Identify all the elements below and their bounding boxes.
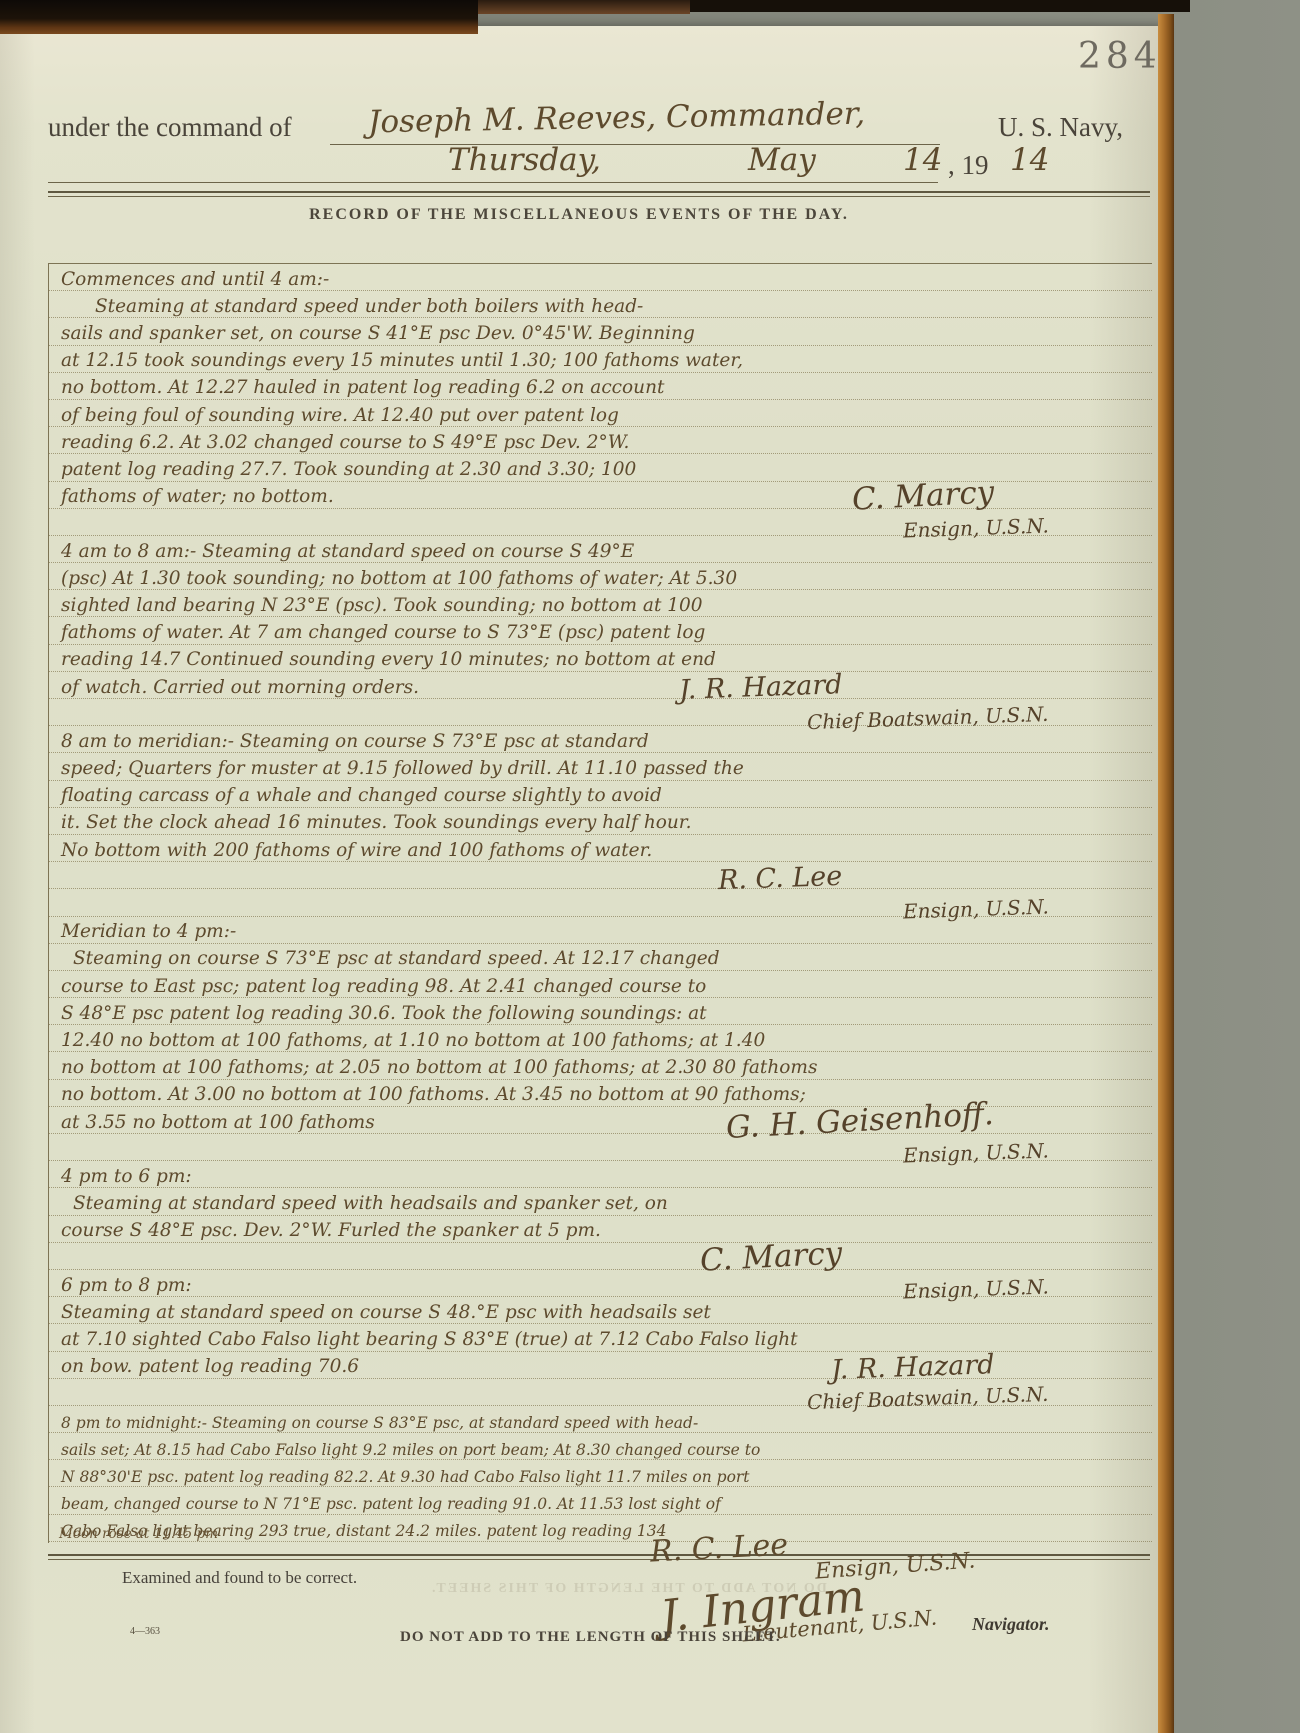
log-line-text: Commences and until 4 am:- [61, 271, 329, 290]
log-line-text: Moon rose at 11.45 pm [59, 1528, 218, 1542]
log-line-text: 12.40 no bottom at 100 fathoms, at 1.10 … [61, 1032, 765, 1051]
command-line: under the command of Joseph M. Reeves, C… [48, 106, 1148, 146]
signature: J. R. Hazard [678, 675, 842, 702]
log-line: 4 pm to 6 pm: [49, 1161, 1152, 1188]
log-line: reading 6.2. At 3.02 changed course to S… [49, 427, 1152, 454]
log-line: 12.40 no bottom at 100 fathoms, at 1.10 … [49, 1025, 1152, 1052]
log-line: 8 am to meridian:- Steaming on course S … [49, 726, 1152, 753]
log-line-text: 4 am to 8 am:- Steaming at standard spee… [61, 543, 634, 562]
log-line: no bottom. At 12.27 hauled in patent log… [49, 373, 1152, 400]
signature: J. R. Hazard [830, 1354, 994, 1381]
log-line: speed; Quarters for muster at 9.15 follo… [49, 753, 1152, 780]
date-line-rule [48, 182, 938, 183]
signature: Ensign, U.S.N. [902, 517, 1048, 538]
log-line-text: no bottom. At 12.27 hauled in patent log… [61, 379, 664, 398]
log-line-text: 8 pm to midnight:- Steaming on course S … [61, 1416, 698, 1432]
commander-name-handwritten: Joseph M. Reeves, Commander, [368, 96, 866, 141]
footer-divider-light [48, 1559, 1150, 1560]
log-line-text: No bottom with 200 fathoms of wire and 1… [61, 842, 652, 861]
signature: Ensign, U.S.N. [902, 898, 1048, 919]
log-line: 4 am to 8 am:- Steaming at standard spee… [49, 536, 1152, 563]
log-line-text: Steaming on course S 73°E psc at standar… [73, 950, 720, 969]
log-line: sighted land bearing N 23°E (psc). Took … [49, 590, 1152, 617]
log-line-text: sighted land bearing N 23°E (psc). Took … [61, 597, 703, 616]
log-line-text: of watch. Carried out morning orders. [61, 679, 419, 698]
log-line-text: 6 pm to 8 pm: [61, 1277, 192, 1296]
signature: Chief Boatswain, U.S.N. [807, 706, 1049, 730]
footer-signature-lee: R. C. Lee [649, 1527, 789, 1569]
log-line-text: beam, changed course to N 71°E psc. pate… [61, 1497, 721, 1513]
examined-statement: Examined and found to be correct. [122, 1568, 357, 1588]
log-line-text: speed; Quarters for muster at 9.15 follo… [61, 760, 744, 779]
footer-divider-heavy [48, 1554, 1150, 1556]
log-line: Chief Boatswain, U.S.N. [49, 1379, 1152, 1406]
log-line-text: Steaming at standard speed on course S 4… [61, 1304, 711, 1323]
log-line: of watch. Carried out morning orders.J. … [49, 672, 1152, 699]
log-line: Steaming at standard speed with headsail… [49, 1188, 1152, 1215]
log-line: sails set; At 8.15 had Cabo Falso light … [49, 1433, 1152, 1460]
log-line: course to East psc; patent log reading 9… [49, 971, 1152, 998]
printed-usnavy-label: U. S. Navy, [998, 112, 1123, 143]
log-line-text: of being foul of sounding wire. At 12.40… [61, 407, 619, 426]
log-line: fathoms of water; no bottom.C. Marcy [49, 482, 1152, 509]
log-line-text: fathoms of water; no bottom. [61, 488, 334, 507]
log-line-text: course S 48°E psc. Dev. 2°W. Furled the … [61, 1222, 601, 1241]
log-line-text: reading 6.2. At 3.02 changed course to S… [61, 434, 629, 453]
signature: R. C. Lee [718, 866, 843, 892]
log-line: Commences and until 4 am:- [49, 264, 1152, 291]
form-number: 4—363 [130, 1626, 160, 1637]
log-line: at 3.55 no bottom at 100 fathomsG. H. Ge… [49, 1107, 1152, 1134]
logbook-page: 284 under the command of Joseph M. Reeve… [0, 26, 1158, 1733]
log-line-text: no bottom at 100 fathoms; at 2.05 no bot… [61, 1059, 817, 1078]
log-line: Steaming at standard speed on course S 4… [49, 1297, 1152, 1324]
log-line-text: S 48°E psc patent log reading 30.6. Took… [61, 1005, 707, 1024]
log-line: Chief Boatswain, U.S.N. [49, 699, 1152, 726]
log-line-text: sails set; At 8.15 had Cabo Falso light … [61, 1443, 760, 1459]
log-line: N 88°30'E psc. patent log reading 82.2. … [49, 1460, 1152, 1487]
signature: Chief Boatswain, U.S.N. [807, 1386, 1049, 1410]
log-line: reading 14.7 Continued sounding every 10… [49, 645, 1152, 672]
log-line-text: 4 pm to 6 pm: [61, 1168, 192, 1187]
log-line: sails and spanker set, on course S 41°E … [49, 318, 1152, 345]
log-line-text: 8 am to meridian:- Steaming on course S … [61, 733, 649, 752]
printed-navigator-label: Navigator. [972, 1614, 1050, 1635]
year-handwritten: 14 [1010, 142, 1049, 178]
log-line-text: no bottom. At 3.00 no bottom at 100 fath… [61, 1086, 806, 1105]
log-line-text: reading 14.7 Continued sounding every 10… [61, 651, 716, 670]
log-line: Steaming on course S 73°E psc at standar… [49, 944, 1152, 971]
log-line: at 7.10 sighted Cabo Falso light bearing… [49, 1324, 1152, 1351]
log-line-text: Steaming at standard speed with headsail… [73, 1195, 668, 1214]
log-line: fathoms of water. At 7 am changed course… [49, 617, 1152, 644]
log-line-text: patent log reading 27.7. Took sounding a… [61, 461, 636, 480]
log-line: S 48°E psc patent log reading 30.6. Took… [49, 998, 1152, 1025]
page-number-stamp: 284 [1078, 36, 1162, 77]
log-line: on bow. patent log reading 70.6J. R. Haz… [49, 1352, 1152, 1379]
log-line: no bottom at 100 fathoms; at 2.05 no bot… [49, 1052, 1152, 1079]
log-line-text: Steaming at standard speed under both bo… [95, 298, 643, 317]
log-line-text: fathoms of water. At 7 am changed course… [61, 624, 705, 643]
log-line: (psc) At 1.30 took sounding; no bottom a… [49, 563, 1152, 590]
signature: C. Marcy [851, 480, 994, 512]
log-line: 8 pm to midnight:- Steaming on course S … [49, 1406, 1152, 1433]
log-line-text: at 3.55 no bottom at 100 fathoms [61, 1114, 375, 1133]
printed-command-label: under the command of [48, 112, 292, 143]
weekday-handwritten: Thursday, [448, 142, 601, 178]
printed-do-not-add-notice: DO NOT ADD TO THE LENGTH OF THIS SHEET. [400, 1629, 781, 1646]
header-divider-heavy [48, 191, 1150, 193]
record-section-title: RECORD OF THE MISCELLANEOUS EVENTS OF TH… [0, 206, 1158, 224]
log-line: C. Marcy [49, 1243, 1152, 1270]
printed-year-prefix: , 19 [948, 150, 989, 181]
signature: Ensign, U.S.N. [902, 1279, 1048, 1300]
log-line-text: (psc) At 1.30 took sounding; no bottom a… [61, 570, 737, 589]
photo-background: 284 under the command of Joseph M. Reeve… [0, 0, 1300, 1733]
log-line-text: at 12.15 took soundings every 15 minutes… [61, 352, 743, 371]
log-line-text: floating carcass of a whale and changed … [61, 787, 662, 806]
log-line: Ensign, U.S.N. [49, 1134, 1152, 1161]
page-edge [1158, 14, 1174, 1733]
log-line: at 12.15 took soundings every 15 minutes… [49, 346, 1152, 373]
log-line-text: course to East psc; patent log reading 9… [61, 978, 706, 997]
log-lines: Commences and until 4 am:-Steaming at st… [48, 263, 1152, 1543]
book-binding-left [0, 0, 478, 34]
day-number-handwritten: 14 [903, 142, 942, 178]
date-line: Thursday, May 14 , 19 14 [48, 144, 1148, 184]
log-line-text: sails and spanker set, on course S 41°E … [61, 325, 695, 344]
log-line-text: Meridian to 4 pm:- [61, 923, 236, 942]
log-line: course S 48°E psc. Dev. 2°W. Furled the … [49, 1216, 1152, 1243]
log-line: Steaming at standard speed under both bo… [49, 291, 1152, 318]
log-line-text: N 88°30'E psc. patent log reading 82.2. … [61, 1470, 750, 1486]
log-line: Ensign, U.S.N. [49, 509, 1152, 536]
log-line: of being foul of sounding wire. At 12.40… [49, 400, 1152, 427]
log-line: Moon rose at 11.45 pm [49, 1542, 1152, 1543]
signature: C. Marcy [699, 1241, 842, 1273]
month-handwritten: May [748, 142, 816, 178]
log-line: 6 pm to 8 pm:Ensign, U.S.N. [49, 1270, 1152, 1297]
log-line-text: it. Set the clock ahead 16 minutes. Took… [61, 814, 691, 833]
signature: Ensign, U.S.N. [902, 1143, 1048, 1164]
log-line: beam, changed course to N 71°E psc. pate… [49, 1487, 1152, 1514]
header-divider-light [48, 196, 1150, 197]
log-line: R. C. Lee [49, 862, 1152, 889]
log-line-text: on bow. patent log reading 70.6 [61, 1358, 359, 1377]
log-line: Ensign, U.S.N. [49, 889, 1152, 916]
log-line: it. Set the clock ahead 16 minutes. Took… [49, 808, 1152, 835]
log-line: No bottom with 200 fathoms of wire and 1… [49, 835, 1152, 862]
log-line: floating carcass of a whale and changed … [49, 781, 1152, 808]
log-line-text: at 7.10 sighted Cabo Falso light bearing… [61, 1331, 798, 1350]
